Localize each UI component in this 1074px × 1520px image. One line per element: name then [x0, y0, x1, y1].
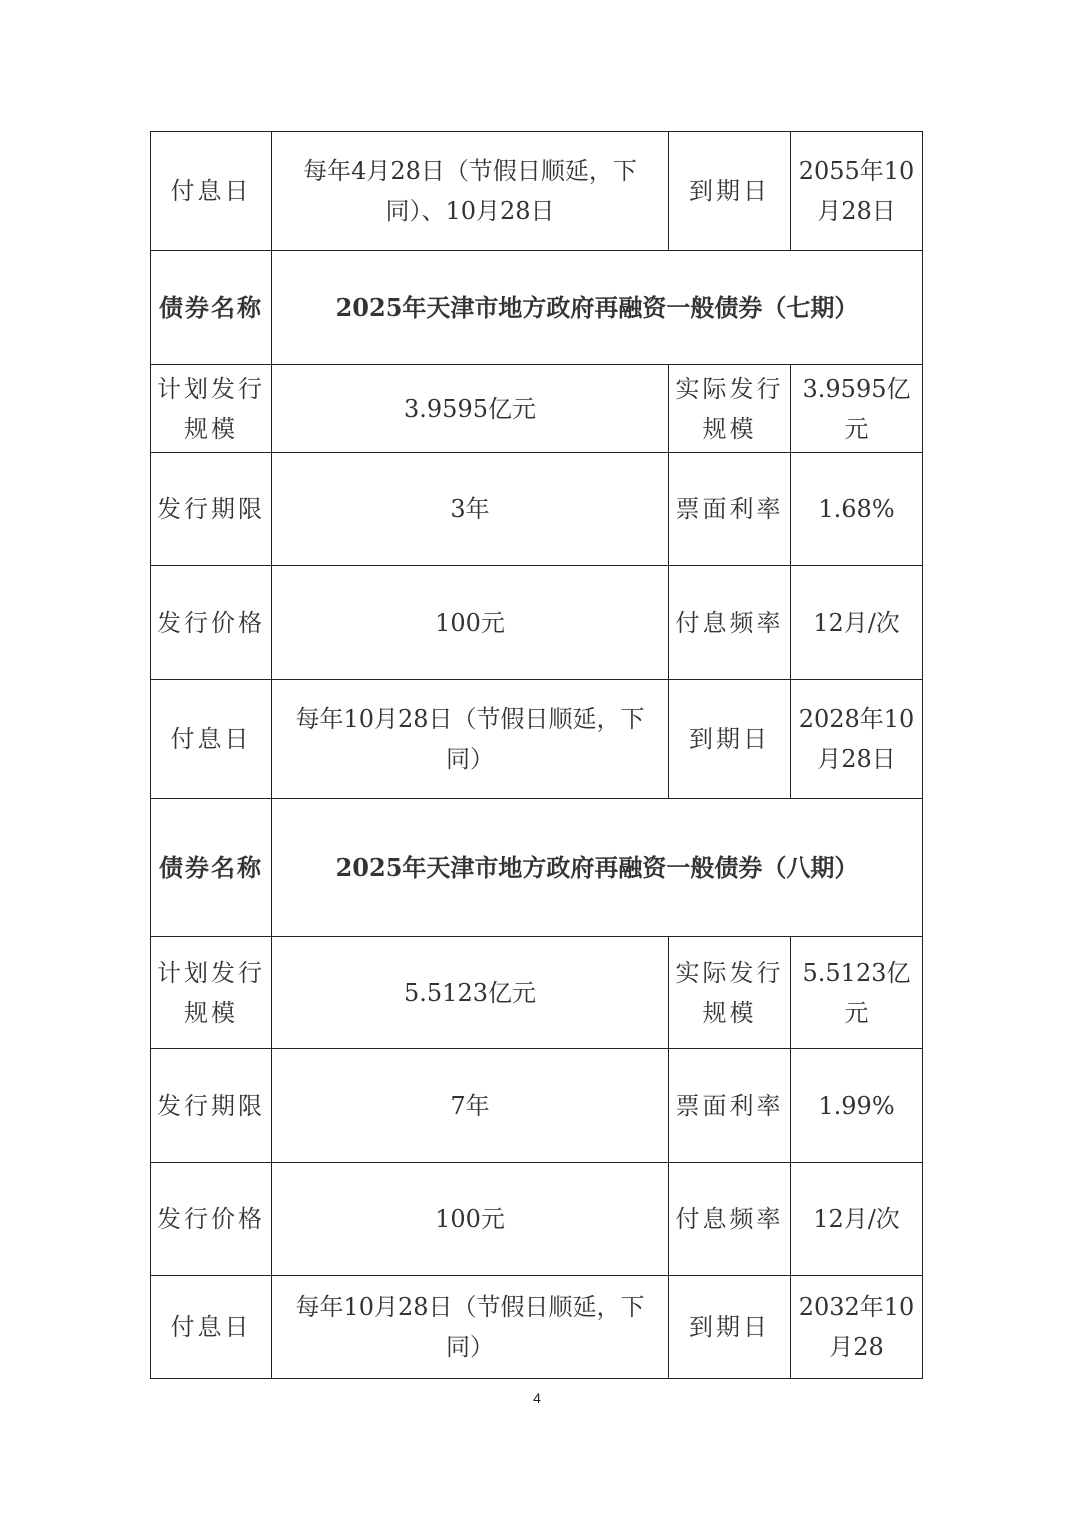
pay-date-value: 每年4月28日（节假日顺延，下同）、10月28日: [272, 132, 669, 251]
planned-size-value: 5.5123亿元: [272, 937, 669, 1049]
pay-date-label: 付息日: [151, 132, 272, 251]
planned-size-label: 计划发行规模: [151, 365, 272, 453]
maturity-label: 到期日: [669, 1276, 791, 1379]
bond-name: 2025年天津市地方政府再融资一般债券（八期）: [272, 799, 923, 937]
issue-price-value: 100元: [272, 566, 669, 680]
actual-size-label: 实际发行规模: [669, 937, 791, 1049]
issue-price-label: 发行价格: [151, 1163, 272, 1276]
bond-name-label: 债券名称: [151, 799, 272, 937]
table-row: 债券名称 2025年天津市地方政府再融资一般债券（七期）: [151, 251, 923, 365]
table-row: 发行期限 7年 票面利率 1.99%: [151, 1049, 923, 1163]
coupon-rate-label: 票面利率: [669, 1049, 791, 1163]
term-label: 发行期限: [151, 1049, 272, 1163]
pay-date-label: 付息日: [151, 680, 272, 799]
actual-size-label: 实际发行规模: [669, 365, 791, 453]
payment-frequency-label: 付息频率: [669, 566, 791, 680]
maturity-value: 2032年10月28: [791, 1276, 923, 1379]
actual-size-value: 3.9595亿元: [791, 365, 923, 453]
page-number: 4: [0, 1390, 1074, 1406]
actual-size-value: 5.5123亿元: [791, 937, 923, 1049]
table-row: 发行期限 3年 票面利率 1.68%: [151, 453, 923, 566]
payment-frequency-value: 12月/次: [791, 566, 923, 680]
table-row: 发行价格 100元 付息频率 12月/次: [151, 1163, 923, 1276]
bond-name: 2025年天津市地方政府再融资一般债券（七期）: [272, 251, 923, 365]
table-row: 债券名称 2025年天津市地方政府再融资一般债券（八期）: [151, 799, 923, 937]
table-row: 付息日 每年10月28日（节假日顺延，下同） 到期日 2028年10月28日: [151, 680, 923, 799]
bond-issuance-table: 付息日 每年4月28日（节假日顺延，下同）、10月28日 到期日 2055年10…: [150, 131, 923, 1379]
maturity-value: 2028年10月28日: [791, 680, 923, 799]
maturity-value: 2055年10月28日: [791, 132, 923, 251]
term-label: 发行期限: [151, 453, 272, 566]
coupon-rate-value: 1.68%: [791, 453, 923, 566]
payment-frequency-label: 付息频率: [669, 1163, 791, 1276]
payment-frequency-value: 12月/次: [791, 1163, 923, 1276]
maturity-label: 到期日: [669, 680, 791, 799]
coupon-rate-label: 票面利率: [669, 453, 791, 566]
bond-name-label: 债券名称: [151, 251, 272, 365]
planned-size-value: 3.9595亿元: [272, 365, 669, 453]
table-row: 发行价格 100元 付息频率 12月/次: [151, 566, 923, 680]
table-row: 计划发行规模 5.5123亿元 实际发行规模 5.5123亿元: [151, 937, 923, 1049]
table-row: 付息日 每年4月28日（节假日顺延，下同）、10月28日 到期日 2055年10…: [151, 132, 923, 251]
issue-price-label: 发行价格: [151, 566, 272, 680]
term-value: 3年: [272, 453, 669, 566]
coupon-rate-value: 1.99%: [791, 1049, 923, 1163]
table-row: 付息日 每年10月28日（节假日顺延，下同） 到期日 2032年10月28: [151, 1276, 923, 1379]
planned-size-label: 计划发行规模: [151, 937, 272, 1049]
pay-date-label: 付息日: [151, 1276, 272, 1379]
table-row: 计划发行规模 3.9595亿元 实际发行规模 3.9595亿元: [151, 365, 923, 453]
issue-price-value: 100元: [272, 1163, 669, 1276]
term-value: 7年: [272, 1049, 669, 1163]
pay-date-value: 每年10月28日（节假日顺延，下同）: [272, 1276, 669, 1379]
maturity-label: 到期日: [669, 132, 791, 251]
pay-date-value: 每年10月28日（节假日顺延，下同）: [272, 680, 669, 799]
